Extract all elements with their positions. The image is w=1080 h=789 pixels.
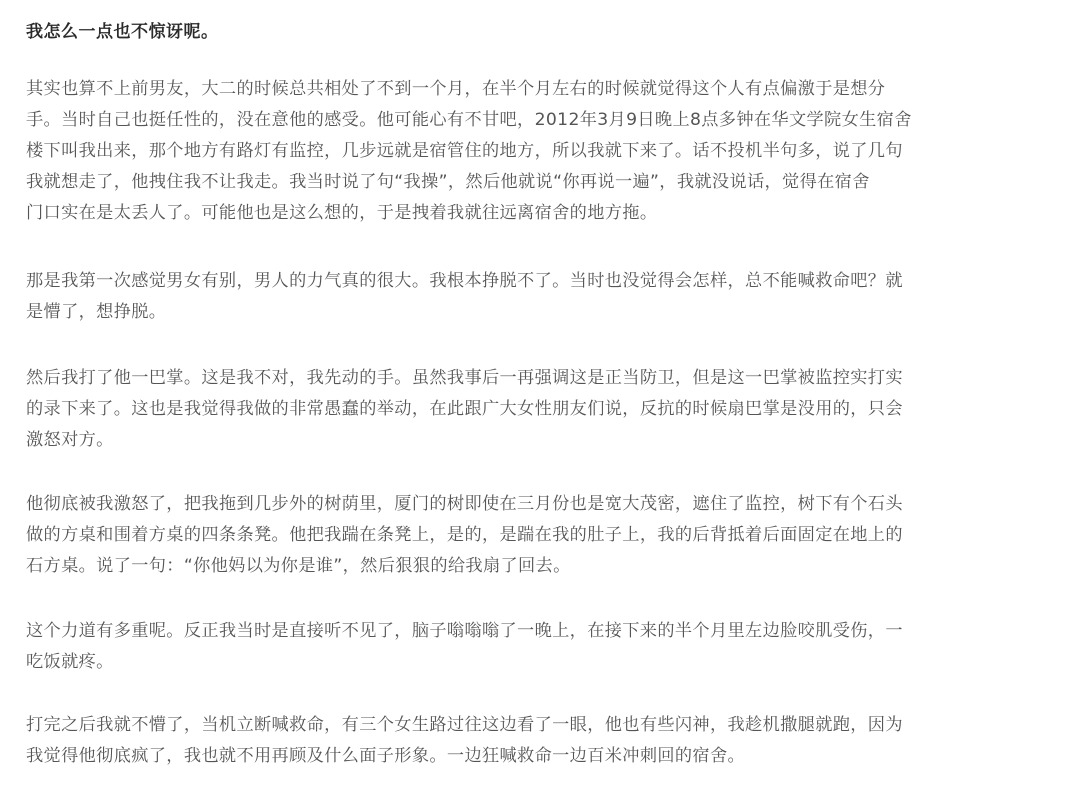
paragraph-4: 他彻底被我激怒了，把我拖到几步外的树荫里，厦门的树即使在三月份也是宽大茂密，遮住…: [26, 489, 1056, 582]
paragraph-5: 这个力道有多重呢。反正我当时是直接听不见了，脑子嗡嗡嗡了一晚上，在接下来的半个月…: [26, 616, 1056, 678]
paragraph-2: 那是我第一次感觉男女有别，男人的力气真的很大。我根本挣脱不了。当时也没觉得会怎样…: [26, 266, 1056, 328]
paragraph-1: 其实也算不上前男友，大二的时候总共相处了不到一个月，在半个月左右的时候就觉得这个…: [26, 74, 1056, 229]
paragraph-line: 我就想走了，他拽住我不让我走。我当时说了句“我操”，然后他就说“你再说一遍”，我…: [26, 167, 1056, 198]
paragraph-line: 石方桌。说了一句：“你他妈以为你是谁”，然后狠狠的给我扇了回去。: [26, 551, 1056, 582]
paragraph-line: 然后我打了他一巴掌。这是我不对，我先动的手。虽然我事后一再强调这是正当防卫，但是…: [26, 363, 1056, 394]
paragraph-line: 做的方桌和围着方桌的四条条凳。他把我踹在条凳上，是的，是踹在我的肚子上，我的后背…: [26, 520, 1056, 551]
paragraph-line: 手。当时自己也挺任性的，没在意他的感受。他可能心有不甘吧，2012年3月9日晚上…: [26, 105, 1056, 136]
paragraph-line: 打完之后我就不懵了，当机立断喊救命，有三个女生路过往这边看了一眼，他也有些闪神，…: [26, 710, 1056, 741]
paragraph-line: 的录下来了。这也是我觉得我做的非常愚蠢的举动，在此跟广大女性朋友们说，反抗的时候…: [26, 394, 1056, 425]
article-title: 我怎么一点也不惊讶呢。: [26, 17, 219, 42]
paragraph-line: 是懵了，想挣脱。: [26, 297, 1056, 328]
paragraph-line: 那是我第一次感觉男女有别，男人的力气真的很大。我根本挣脱不了。当时也没觉得会怎样…: [26, 266, 1056, 297]
paragraph-3: 然后我打了他一巴掌。这是我不对，我先动的手。虽然我事后一再强调这是正当防卫，但是…: [26, 363, 1056, 456]
paragraph-line: 门口实在是太丢人了。可能他也是这么想的，于是拽着我就往远离宿舍的地方拖。: [26, 198, 1056, 229]
paragraph-line: 我觉得他彻底疯了，我也就不用再顾及什么面子形象。一边狂喊救命一边百米冲刺回的宿舍…: [26, 741, 1056, 772]
paragraph-line: 其实也算不上前男友，大二的时候总共相处了不到一个月，在半个月左右的时候就觉得这个…: [26, 74, 1056, 105]
paragraph-line: 这个力道有多重呢。反正我当时是直接听不见了，脑子嗡嗡嗡了一晚上，在接下来的半个月…: [26, 616, 1056, 647]
paragraph-6: 打完之后我就不懵了，当机立断喊救命，有三个女生路过往这边看了一眼，他也有些闪神，…: [26, 710, 1056, 772]
paragraph-line: 激怒对方。: [26, 425, 1056, 456]
paragraph-line: 他彻底被我激怒了，把我拖到几步外的树荫里，厦门的树即使在三月份也是宽大茂密，遮住…: [26, 489, 1056, 520]
paragraph-line: 楼下叫我出来，那个地方有路灯有监控，几步远就是宿管住的地方，所以我就下来了。话不…: [26, 136, 1056, 167]
paragraph-line: 吃饭就疼。: [26, 647, 1056, 678]
